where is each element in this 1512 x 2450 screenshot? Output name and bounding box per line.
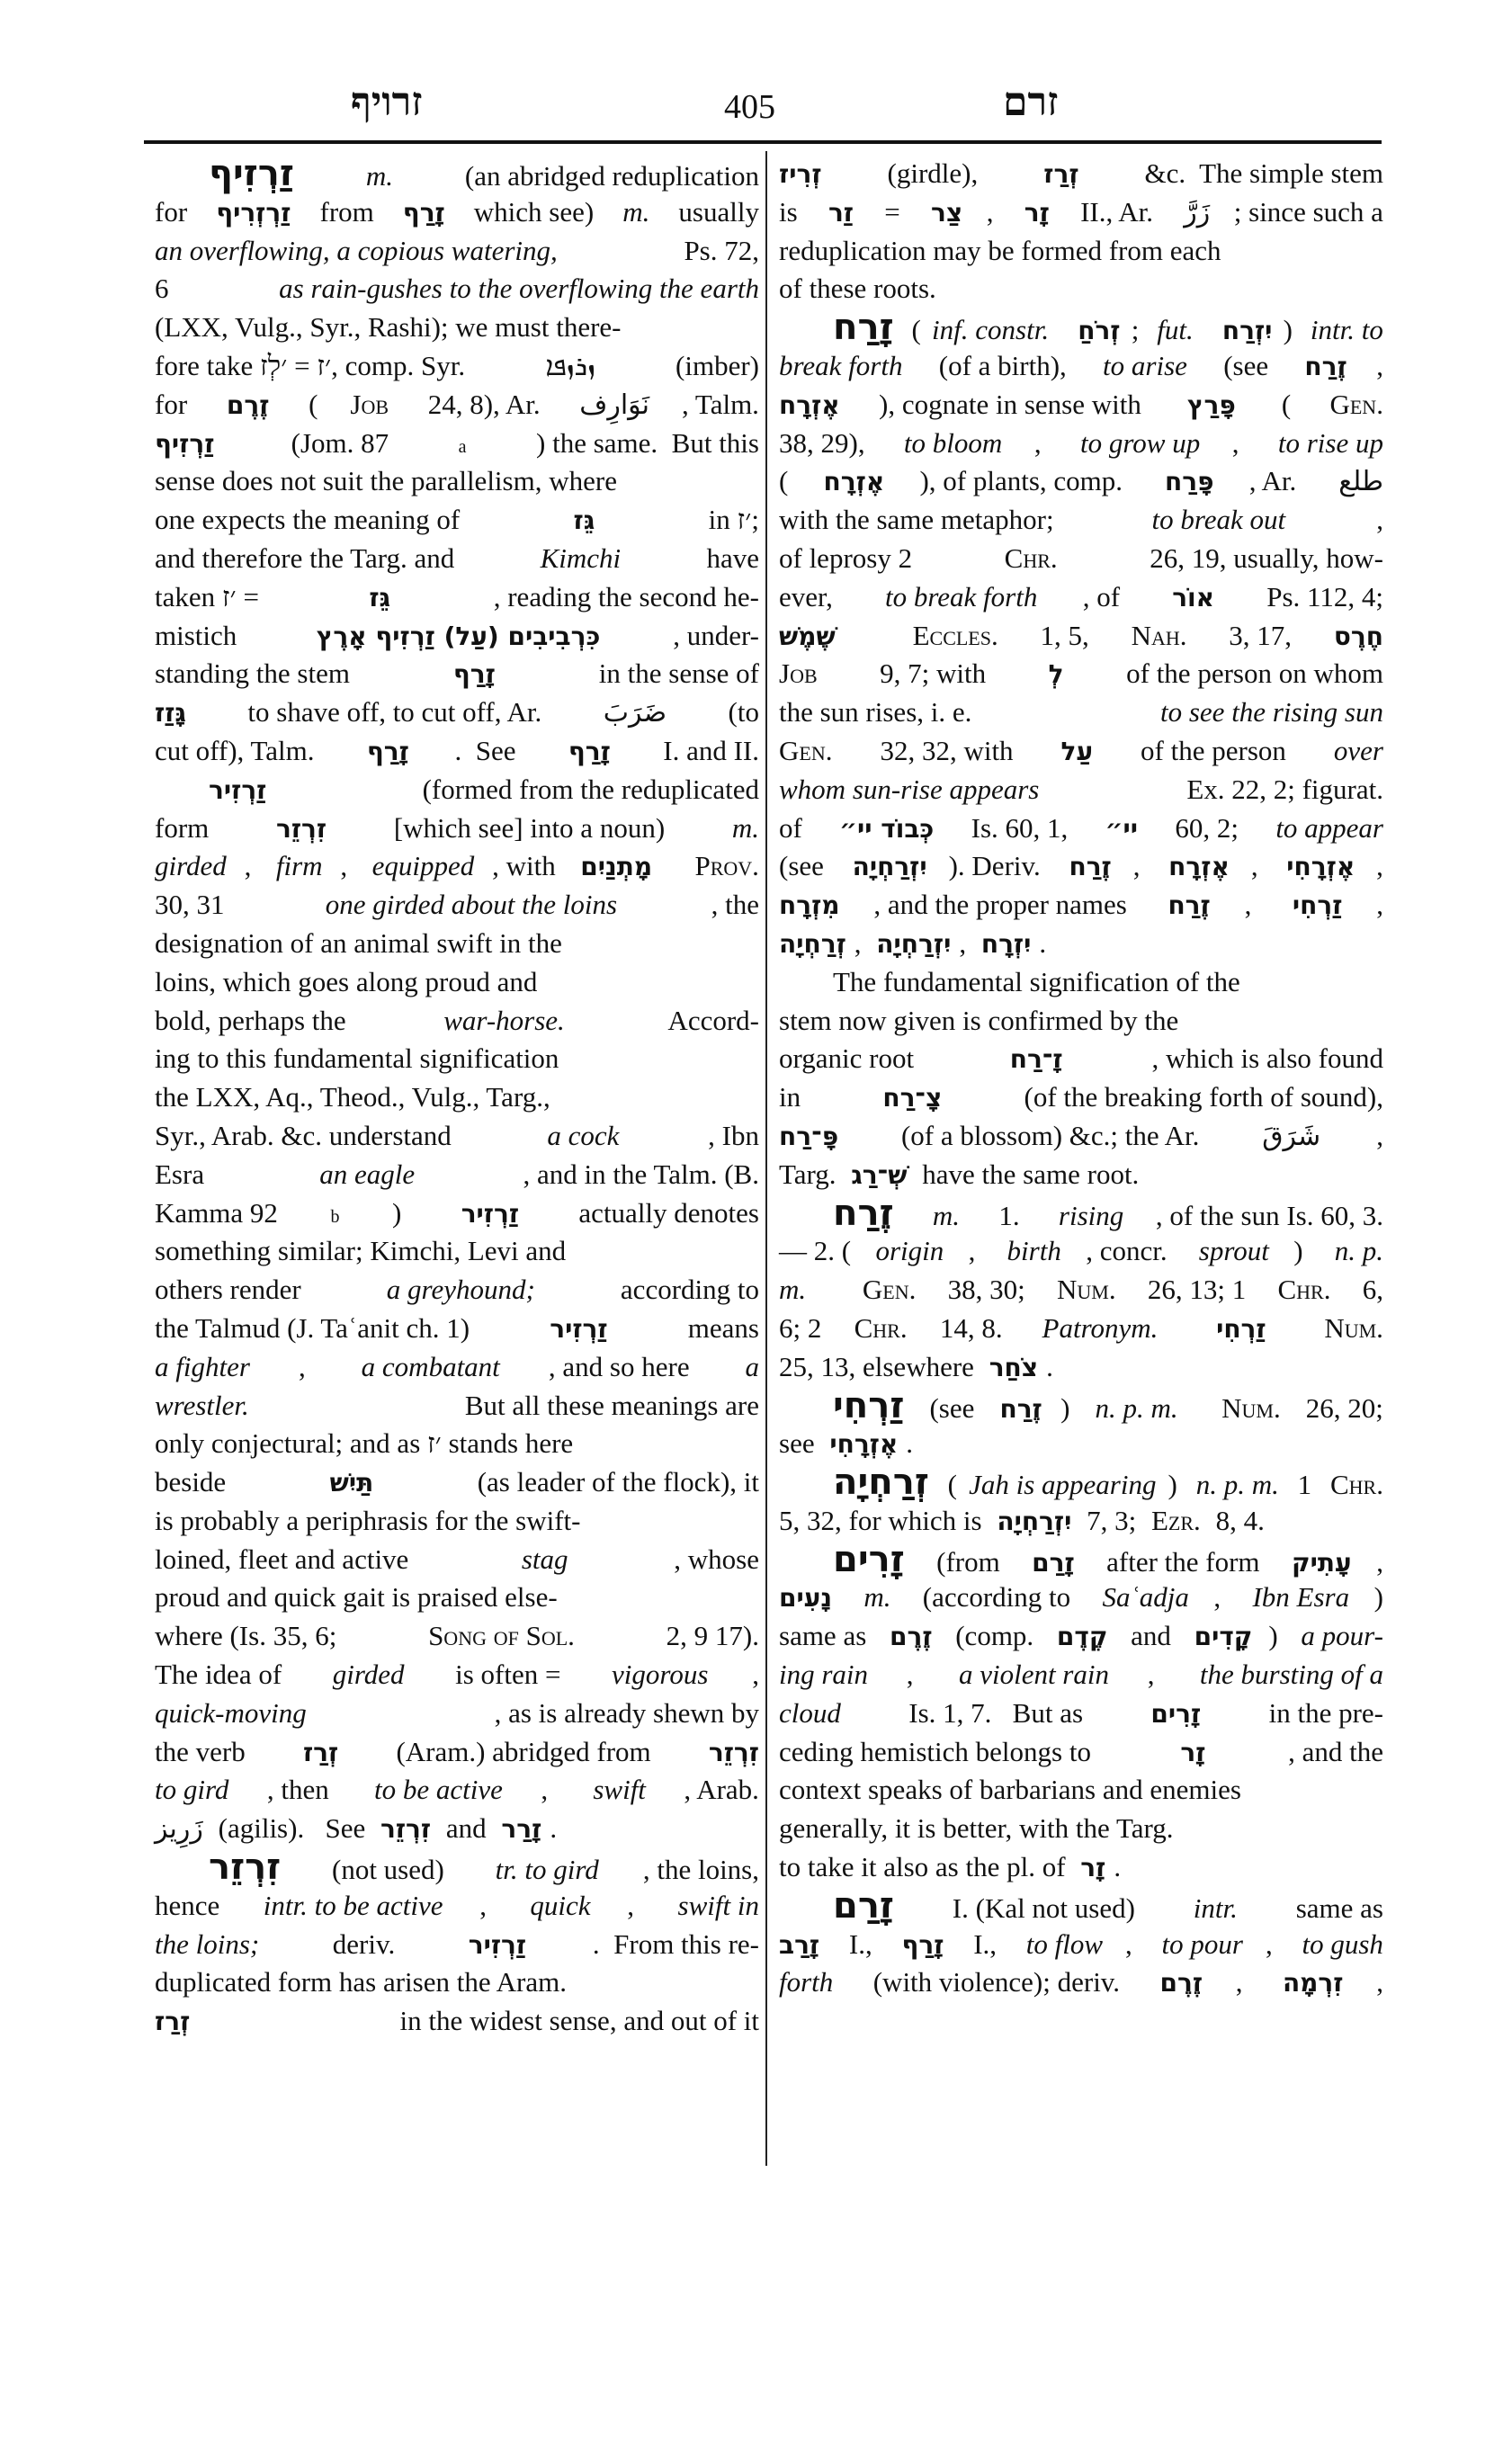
text-run: from (313, 193, 381, 232)
text-line: quick-moving, as is already shewn by (155, 1694, 759, 1733)
book-reference: Num. (1057, 1271, 1116, 1310)
text-run: designation of an animal swift in the (155, 925, 562, 963)
book-reference: Job (350, 386, 389, 425)
italic-text: a fighter (155, 1348, 250, 1387)
text-line: Job 9, 7; with לְ of the person on whom (779, 655, 1383, 693)
hebrew-word: זָרַף (403, 194, 445, 233)
text-run: in the sense of (592, 655, 759, 693)
text-run: (according to (916, 1578, 1078, 1617)
text-run: reduplication may be formed from each (779, 232, 1221, 271)
entry-headword: זָרַח (833, 308, 894, 347)
text-line: a fighter, a combatant, and so here a (155, 1348, 759, 1387)
text-line: to gird, then to be active, swift, Arab. (155, 1771, 759, 1810)
text-run: ( (905, 311, 921, 350)
text-run: loins, which goes along proud and (155, 963, 537, 1002)
text-run: the LXX, Aq., Theod., Vulg., Targ., (155, 1078, 550, 1117)
text-line: one expects the meaning of גֵּז in ׳ז; (155, 501, 759, 540)
text-run: , (752, 1656, 759, 1694)
text-run: have (700, 540, 759, 578)
text-line: of leprosy 2 Chr. 26, 19, usually, how- (779, 540, 1383, 578)
text-run: . From this re- (593, 1926, 759, 1964)
hebrew-word: זַרְחִי (1216, 1310, 1266, 1349)
text-run: for (155, 193, 194, 232)
italic-text: n. p. m. (1096, 1390, 1178, 1428)
text-run: , (1376, 347, 1383, 386)
text-line: with the same metaphor; to break out, (779, 501, 1383, 540)
hebrew-word: אֶזְרָחִי (1286, 848, 1355, 887)
text-run: , of (1083, 578, 1127, 617)
text-run (1060, 311, 1067, 350)
text-run: The fundamental signification of the (833, 963, 1240, 1002)
text-run: actually denotes (572, 1194, 759, 1233)
text-run: , (1251, 847, 1266, 886)
text-run: , (1125, 1926, 1140, 1964)
text-run (1204, 311, 1212, 350)
hebrew-word: זְרַז (303, 1734, 338, 1773)
text-run: cut off), Talm. (155, 732, 321, 771)
text-run: standing the stem (155, 655, 357, 693)
text-run: ). Deriv. (949, 847, 1048, 886)
text-line: break forth (of a birth), to arise (see … (779, 347, 1383, 386)
column-divider (765, 151, 767, 2166)
hebrew-word: קָדִים (1194, 1618, 1253, 1657)
text-run: . (1114, 1848, 1121, 1887)
text-run: , (1034, 425, 1049, 463)
text-run: of these roots. (779, 270, 936, 308)
book-reference: Prov. (694, 847, 758, 886)
text-line: and therefore the Targ. and Kimchi have (155, 540, 759, 578)
text-line: standing the stem זָרַף in the sense of (155, 655, 759, 693)
text-run: (Aram.) abridged from (389, 1733, 658, 1772)
text-run: ) (1284, 311, 1300, 350)
text-run: ( (301, 386, 318, 425)
text-run: 60, 2; (1168, 809, 1246, 848)
italic-text: Saʿadja (1102, 1578, 1188, 1617)
hebrew-word: זִרְמָה (1283, 1964, 1344, 2003)
text-run: organic root (779, 1040, 921, 1078)
text-run: Ps. 112, 4; (1259, 578, 1383, 617)
text-run: same as (1289, 1890, 1383, 1928)
text-run: , then (267, 1771, 336, 1810)
italic-text: intr. to (1311, 311, 1383, 350)
text-run: , (1236, 1963, 1250, 2002)
italic-text: rising (1059, 1197, 1123, 1236)
hebrew-word: זָרַף (568, 733, 611, 772)
italic-text: birth (1007, 1232, 1061, 1271)
italic-text: a (745, 1348, 759, 1387)
text-run: — 2. ( (779, 1232, 851, 1271)
text-run (1184, 1310, 1191, 1348)
text-run: in (779, 1078, 808, 1117)
italic-text: swift in (678, 1887, 759, 1926)
text-run: (see (923, 1390, 981, 1428)
entry-first-line: זְרַחְיָה (Jah is appearing) n. p. m. 1 … (779, 1463, 1383, 1502)
text-line: 6 as rain-gushes to the overflowing the … (155, 270, 759, 308)
italic-text: n. p. m. (1196, 1466, 1279, 1505)
italic-text: the bursting of a (1200, 1656, 1383, 1694)
text-run: I., (842, 1926, 879, 1964)
text-line: organic root זָ־רַח, which is also found (779, 1040, 1383, 1078)
text-run: for (155, 386, 194, 425)
italic-text: fut. (1157, 311, 1193, 350)
hebrew-word: זְרִיז (779, 156, 822, 194)
text-run: , (1148, 1656, 1162, 1694)
italic-text: to break out (1151, 501, 1285, 540)
book-reference: Gen. (863, 1271, 916, 1310)
text-run: is (779, 193, 804, 232)
text-line: see אֶזְרָחִי. (779, 1425, 1383, 1463)
text-run: something similar; Kimchi, Levi and (155, 1232, 566, 1271)
text-run: have the same root. (916, 1156, 1140, 1194)
hebrew-word: צַר (931, 194, 962, 233)
text-run: , the (711, 886, 759, 925)
text-run: and therefore the Targ. and (155, 540, 461, 578)
italic-text: inf. constr. (932, 311, 1049, 350)
text-run: . (550, 1810, 557, 1848)
text-run: (Jom. 87 (284, 425, 389, 463)
hebrew-word: יִזְרַחְיָה (997, 1503, 1071, 1542)
text-line: others render a greyhound; according to (155, 1271, 759, 1310)
italic-text: an eagle (319, 1156, 415, 1194)
text-run: (agilis). See (211, 1810, 372, 1848)
italic-text: m. (732, 809, 759, 848)
text-run: 24, 8), Ar. (421, 386, 547, 425)
italic-text: m. (857, 1578, 891, 1617)
italic-text: equipped (372, 847, 475, 886)
hebrew-word: קֶדֶם (1057, 1618, 1108, 1657)
text-run: The idea of (155, 1656, 289, 1694)
text-run: , (987, 193, 1001, 232)
entry-headword: זַרְחִי (833, 1387, 904, 1426)
hebrew-word: זָרִים (1150, 1695, 1201, 1734)
text-run: 32, 32, with (873, 732, 1021, 771)
text-run: . (1046, 1348, 1053, 1387)
text-run: in the pre- (1262, 1694, 1383, 1733)
hebrew-word: זֶרַח (1304, 348, 1346, 387)
text-run: of the person (1133, 732, 1293, 771)
text-line: cut off), Talm. זָרַף. See זָרַף I. and … (155, 732, 759, 771)
italic-text: m. (359, 157, 393, 196)
text-run: 6; 2 (779, 1310, 828, 1348)
text-run: , (245, 847, 259, 886)
hebrew-word: אֶזְרָח (824, 463, 885, 502)
text-run: ), of plants, comp. (919, 462, 1129, 501)
hebrew-word: צֹחַר (989, 1349, 1038, 1388)
text-run: . See (454, 732, 523, 771)
italic-text: as rain-gushes to the overflowing the ea… (279, 270, 759, 308)
hebrew-word: עָתִיק (1292, 1544, 1352, 1583)
text-run: ceding hemistich belongs to (779, 1733, 1098, 1772)
text-run: 26, 20; (1299, 1390, 1383, 1428)
entry-headword: זִרְזֵר (209, 1848, 281, 1887)
text-line: ever, to break forth, of אוֹר Ps. 112, 4… (779, 578, 1383, 617)
text-run: (not used) (325, 1851, 451, 1890)
text-line: for זֶרֶם (Job 24, 8), Ar. نَوَارِف, Tal… (155, 386, 759, 425)
hebrew-word: צָ־רַח (882, 1079, 942, 1118)
text-run: ; (1132, 311, 1146, 350)
italic-text: to gush (1302, 1926, 1382, 1964)
text-run: (see (1216, 347, 1275, 386)
text-run: , (854, 925, 869, 963)
text-line: is probably a periphrasis for the swift- (155, 1502, 759, 1541)
hebrew-word: נָעִים (779, 1579, 832, 1618)
hebrew-word: יִזְרַחְיָה (853, 848, 927, 887)
text-line: only conjectural; and as ׳ז stands here (155, 1425, 759, 1463)
hebrew-word: אֶזְרָח (779, 387, 840, 425)
text-run: (of a blossom) &c.; the Ar. (894, 1117, 1206, 1156)
text-run: , of the sun Is. 60, 3. (1156, 1197, 1383, 1236)
text-line: loins, which goes along proud and (155, 963, 759, 1002)
hebrew-word: אֶזְרָחִי (829, 1426, 898, 1464)
text-line: The idea of girded is often = vigorous, (155, 1656, 759, 1694)
text-run: , and in the Talm. (B. (523, 1156, 759, 1194)
text-run: 7, 3; (1079, 1502, 1143, 1541)
text-run: I., (966, 1926, 1003, 1964)
text-line: (see יִזְרַחְיָה). Deriv. זֶרַח, אֶזְרָח… (779, 847, 1383, 886)
text-run: usually (672, 193, 759, 232)
italic-text: a cock (547, 1117, 619, 1156)
italic-text: ing rain (779, 1656, 868, 1694)
italic-text: to gird (155, 1771, 228, 1810)
hebrew-word: פָּרַח (1165, 463, 1214, 502)
hebrew-word: זִרְזֵר (276, 810, 327, 849)
text-run: 30, 31 (155, 886, 231, 925)
hebrew-word: פָּ־רַח (779, 1118, 838, 1157)
book-reference: Gen. (779, 732, 832, 771)
text-line: אֶזְרָח), cognate in sense with פָּרַץ (… (779, 386, 1383, 425)
text-run: to take it also as the pl. of (779, 1848, 1072, 1887)
italic-text: firm (276, 847, 323, 886)
text-run: 26, 19, usually, how- (1143, 540, 1384, 578)
text-line: Esra an eagle, and in the Talm. (B. (155, 1156, 759, 1194)
italic-text: cloud (779, 1694, 841, 1733)
book-reference: Gen. (1329, 386, 1382, 425)
text-line: (LXX, Vulg., Syr., Rashi); we must there… (155, 308, 759, 347)
text-line: generally, it is better, with the Targ. (779, 1810, 1383, 1848)
text-run: , Arab. (684, 1771, 759, 1810)
text-line: duplicated form has arisen the Aram. (155, 1963, 759, 2002)
hebrew-word: זְרֹחַ (1078, 312, 1120, 351)
text-run: , (907, 1656, 921, 1694)
text-line: Kamma 92b) זַרְזִיר actually denotes (155, 1194, 759, 1233)
text-line: Gen. 32, 32, with עַל of the person over (779, 732, 1383, 771)
text-line: loined, fleet and active stag, whose (155, 1541, 759, 1579)
text-run: = (878, 193, 908, 232)
hebrew-word: זַר (828, 194, 854, 233)
text-line: — 2. (origin, birth, concr. sprout) n. p… (779, 1232, 1383, 1271)
text-run: , (299, 1348, 313, 1387)
text-run: . (1039, 925, 1046, 963)
italic-text: to flow (1026, 1926, 1103, 1964)
hebrew-word: זַרְזִיר (461, 1195, 519, 1234)
text-run: stem now given is confirmed by the (779, 1002, 1178, 1041)
book-reference: Num. (1221, 1390, 1281, 1428)
text-run: means (681, 1310, 759, 1348)
hebrew-word: זְרַז (155, 2003, 190, 2042)
text-run: hence (155, 1887, 227, 1926)
text-run: 25, 13, elsewhere (779, 1348, 981, 1387)
hebrew-word: כִּרְבִיבִים (עַל) זַרְזִיף אָרֶץ (317, 618, 600, 657)
text-run: , (1266, 1926, 1280, 1964)
text-line: שֶׁמֶשׁ Eccles. 1, 5, Nah. 3, 17, חֶרֶס (779, 617, 1383, 656)
italic-text: break forth (779, 347, 902, 386)
text-line: פָּ־רַח (of a blossom) &c.; the Ar. شَرَ… (779, 1117, 1383, 1156)
text-run: , Ibn (708, 1117, 759, 1156)
hebrew-word: זָר (1080, 1849, 1105, 1888)
text-run (831, 1271, 838, 1310)
text-line: for זַרְזְרִיף from זָרַף which see) m. … (155, 193, 759, 232)
hebrew-word: זָרַם (1032, 1544, 1075, 1583)
entry-headword: זְרַחְיָה (833, 1463, 929, 1502)
text-run: Esra (155, 1156, 211, 1194)
italic-text: forth (779, 1963, 833, 2002)
entry-first-line: זַרְחִי (see זֶרַח) n. p. m. Num. 26, 20… (779, 1387, 1383, 1426)
arabic-word: ضَرَبَ (604, 694, 667, 733)
text-run: (with violence); deriv. (866, 1963, 1127, 2002)
text-line: Syr., Arab. &c. understand a cock, Ibn (155, 1117, 759, 1156)
italic-text: Patronym. (1042, 1310, 1159, 1348)
text-run: , (1133, 847, 1148, 886)
text-run: , whose (674, 1541, 759, 1579)
italic-text: to rise up (1278, 425, 1383, 463)
text-line: sense does not suit the parallelism, whe… (155, 462, 759, 501)
hebrew-word: גֵּז (574, 502, 595, 541)
italic-text: intr. (1194, 1890, 1238, 1928)
italic-text: to grow up (1080, 425, 1200, 463)
text-line: fore take ׳ז = ׳לְז, comp. Syr. ܙܪܙܦܐ (i… (155, 347, 759, 386)
text-run: which see) (467, 193, 601, 232)
text-line: designation of an animal swift in the (155, 925, 759, 963)
text-line: in צָ־רַח (of the breaking forth of soun… (779, 1078, 1383, 1117)
text-line: where (Is. 35, 6; Song of Sol. 2, 9 17). (155, 1617, 759, 1656)
text-run: , (627, 1887, 641, 1926)
book-reference: Job (779, 655, 818, 693)
text-run: (girdle), (881, 155, 985, 193)
text-line: מִזְרָח, and the proper names זֶרַח, זַר… (779, 886, 1383, 925)
text-run: ing to this fundamental signification (155, 1040, 559, 1078)
italic-text: over (1334, 732, 1383, 771)
left-column: זַרְזִיף m. (an abridged reduplicationfo… (155, 155, 759, 2041)
italic-text: n. p. (1335, 1232, 1383, 1271)
hebrew-word: זֶרַח (999, 1390, 1042, 1429)
entry-first-line: זֶרַח m. 1. rising, of the sun Is. 60, 3… (779, 1194, 1383, 1233)
italic-text: war-horse. (443, 1002, 565, 1041)
entry-headword: זָרִים (833, 1541, 905, 1579)
hebrew-word: זָר (1180, 1734, 1205, 1773)
text-run: fore take ׳ז = ׳לְז, comp. Syr. (155, 347, 472, 386)
hebrew-word: גָּזַז (155, 694, 186, 733)
text-run: (from (929, 1543, 1007, 1582)
italic-text: to see the rising sun (1160, 693, 1383, 732)
text-run: 14, 8. (933, 1310, 1016, 1348)
text-line: forth (with violence); deriv. זֶרֶם, זִר… (779, 1963, 1383, 2002)
text-run: 26, 13; 1 (1141, 1271, 1253, 1310)
arabic-word: طلع (1338, 463, 1383, 502)
text-run: ) (1060, 1390, 1077, 1428)
text-run: bold, perhaps the (155, 1002, 353, 1041)
text-line: זָרַב I., זָרַף I., to flow, to pour, to… (779, 1926, 1383, 1964)
italic-text: girded (155, 847, 227, 886)
italic-text: to bloom (904, 425, 1002, 463)
hebrew-word: זָרַף (367, 733, 409, 772)
text-line: cloud Is. 1, 7. But as זָרִים in the pre… (779, 1694, 1383, 1733)
text-run: ) (1268, 1617, 1284, 1656)
text-run: mistich (155, 617, 244, 656)
text-run: 1 (1291, 1466, 1319, 1505)
text-run: context speaks of barbarians and enemies (779, 1771, 1241, 1810)
italic-text: a greyhound; (387, 1271, 535, 1310)
hebrew-word: יי״ (1105, 810, 1138, 849)
hebrew-word: אֶזְרָח (1168, 848, 1230, 887)
entry-first-line: זִרְזֵר (not used) tr. to gird, the loin… (155, 1848, 759, 1887)
italic-text: m. (779, 1271, 806, 1310)
hebrew-word: כְּבוֹד יי״ (839, 810, 934, 849)
text-run: , (959, 925, 973, 963)
text-run: I. (Kal not used) (945, 1890, 1142, 1928)
text-run: , (1232, 425, 1247, 463)
text-run: (as leader of the flock), it (470, 1463, 759, 1502)
hebrew-word: גֵּז (369, 579, 390, 618)
hebrew-word: מִזְרָח (779, 887, 840, 925)
text-run: 1. (992, 1197, 1027, 1236)
text-run: 6, (1355, 1271, 1383, 1310)
hebrew-word: זָרַר (501, 1811, 541, 1849)
text-line: ing rain, a violent rain, the bursting o… (779, 1656, 1383, 1694)
text-line: 38, 29), to bloom, to grow up, to rise u… (779, 425, 1383, 463)
right-column: זְרִיז (girdle), זְרַז &c. The simple st… (779, 155, 1383, 2002)
hebrew-word: זַרְזִיף (155, 425, 214, 464)
hebrew-word: שֶׁמֶשׁ (779, 618, 836, 657)
text-run: the sun rises, i. e. (779, 693, 979, 732)
text-run: Targ. (779, 1156, 843, 1194)
text-line: is זַר = צַר, זָר II., Ar. زَرَّ; since … (779, 193, 1383, 232)
text-line: wrestler. But all these meanings are (155, 1387, 759, 1426)
text-line: the loins; deriv. זַרְזִיר. From this re… (155, 1926, 759, 1964)
text-run: 38, 29), (779, 425, 872, 463)
italic-text: a violent rain (959, 1656, 1109, 1694)
text-line: זַרְזִיף (Jom. 87a) the same. But this (155, 425, 759, 463)
hebrew-word: זִרְזֵר (709, 1734, 759, 1773)
text-line: the sun rises, i. e. to see the rising s… (779, 693, 1383, 732)
text-run: where (Is. 35, 6; (155, 1617, 344, 1656)
book-reference: Song of Sol. (428, 1617, 575, 1656)
text-run: Kamma 92 (155, 1194, 278, 1233)
text-run: , with (492, 847, 562, 886)
text-run: is probably a periphrasis for the swift- (155, 1502, 581, 1541)
text-run: sense does not suit the parallelism, whe… (155, 462, 617, 501)
text-run: (LXX, Vulg., Syr., Rashi); we must there… (155, 308, 621, 347)
text-run: I. and II. (657, 732, 759, 771)
hebrew-word: יִזְרַח (1222, 312, 1273, 351)
dictionary-page: זרויף 405 זרם זַרְזִיף m. (an abridged r… (0, 0, 1512, 2450)
text-run: 38, 30; (941, 1271, 1033, 1310)
hebrew-word: זַרְזִיר (209, 772, 266, 810)
book-reference: Ezr. (1151, 1502, 1201, 1541)
italic-text: girded (333, 1656, 405, 1694)
text-run: 8, 4. (1209, 1502, 1265, 1541)
italic-text: wrestler. (155, 1387, 249, 1426)
text-run: (of a birth), (932, 347, 1074, 386)
italic-text: m. (926, 1197, 960, 1236)
text-line: stem now given is confirmed by the (779, 1002, 1383, 1041)
hebrew-word: מָתְנַיִם (580, 848, 652, 887)
text-line: an overflowing, a copious watering, Ps. … (155, 232, 759, 271)
hebrew-word: עַל (1061, 733, 1094, 772)
italic-text: whom sun-rise appears (779, 771, 1039, 809)
italic-text: to appear (1275, 809, 1383, 848)
text-run: ( (1275, 386, 1291, 425)
text-run: ) (1168, 1466, 1185, 1505)
